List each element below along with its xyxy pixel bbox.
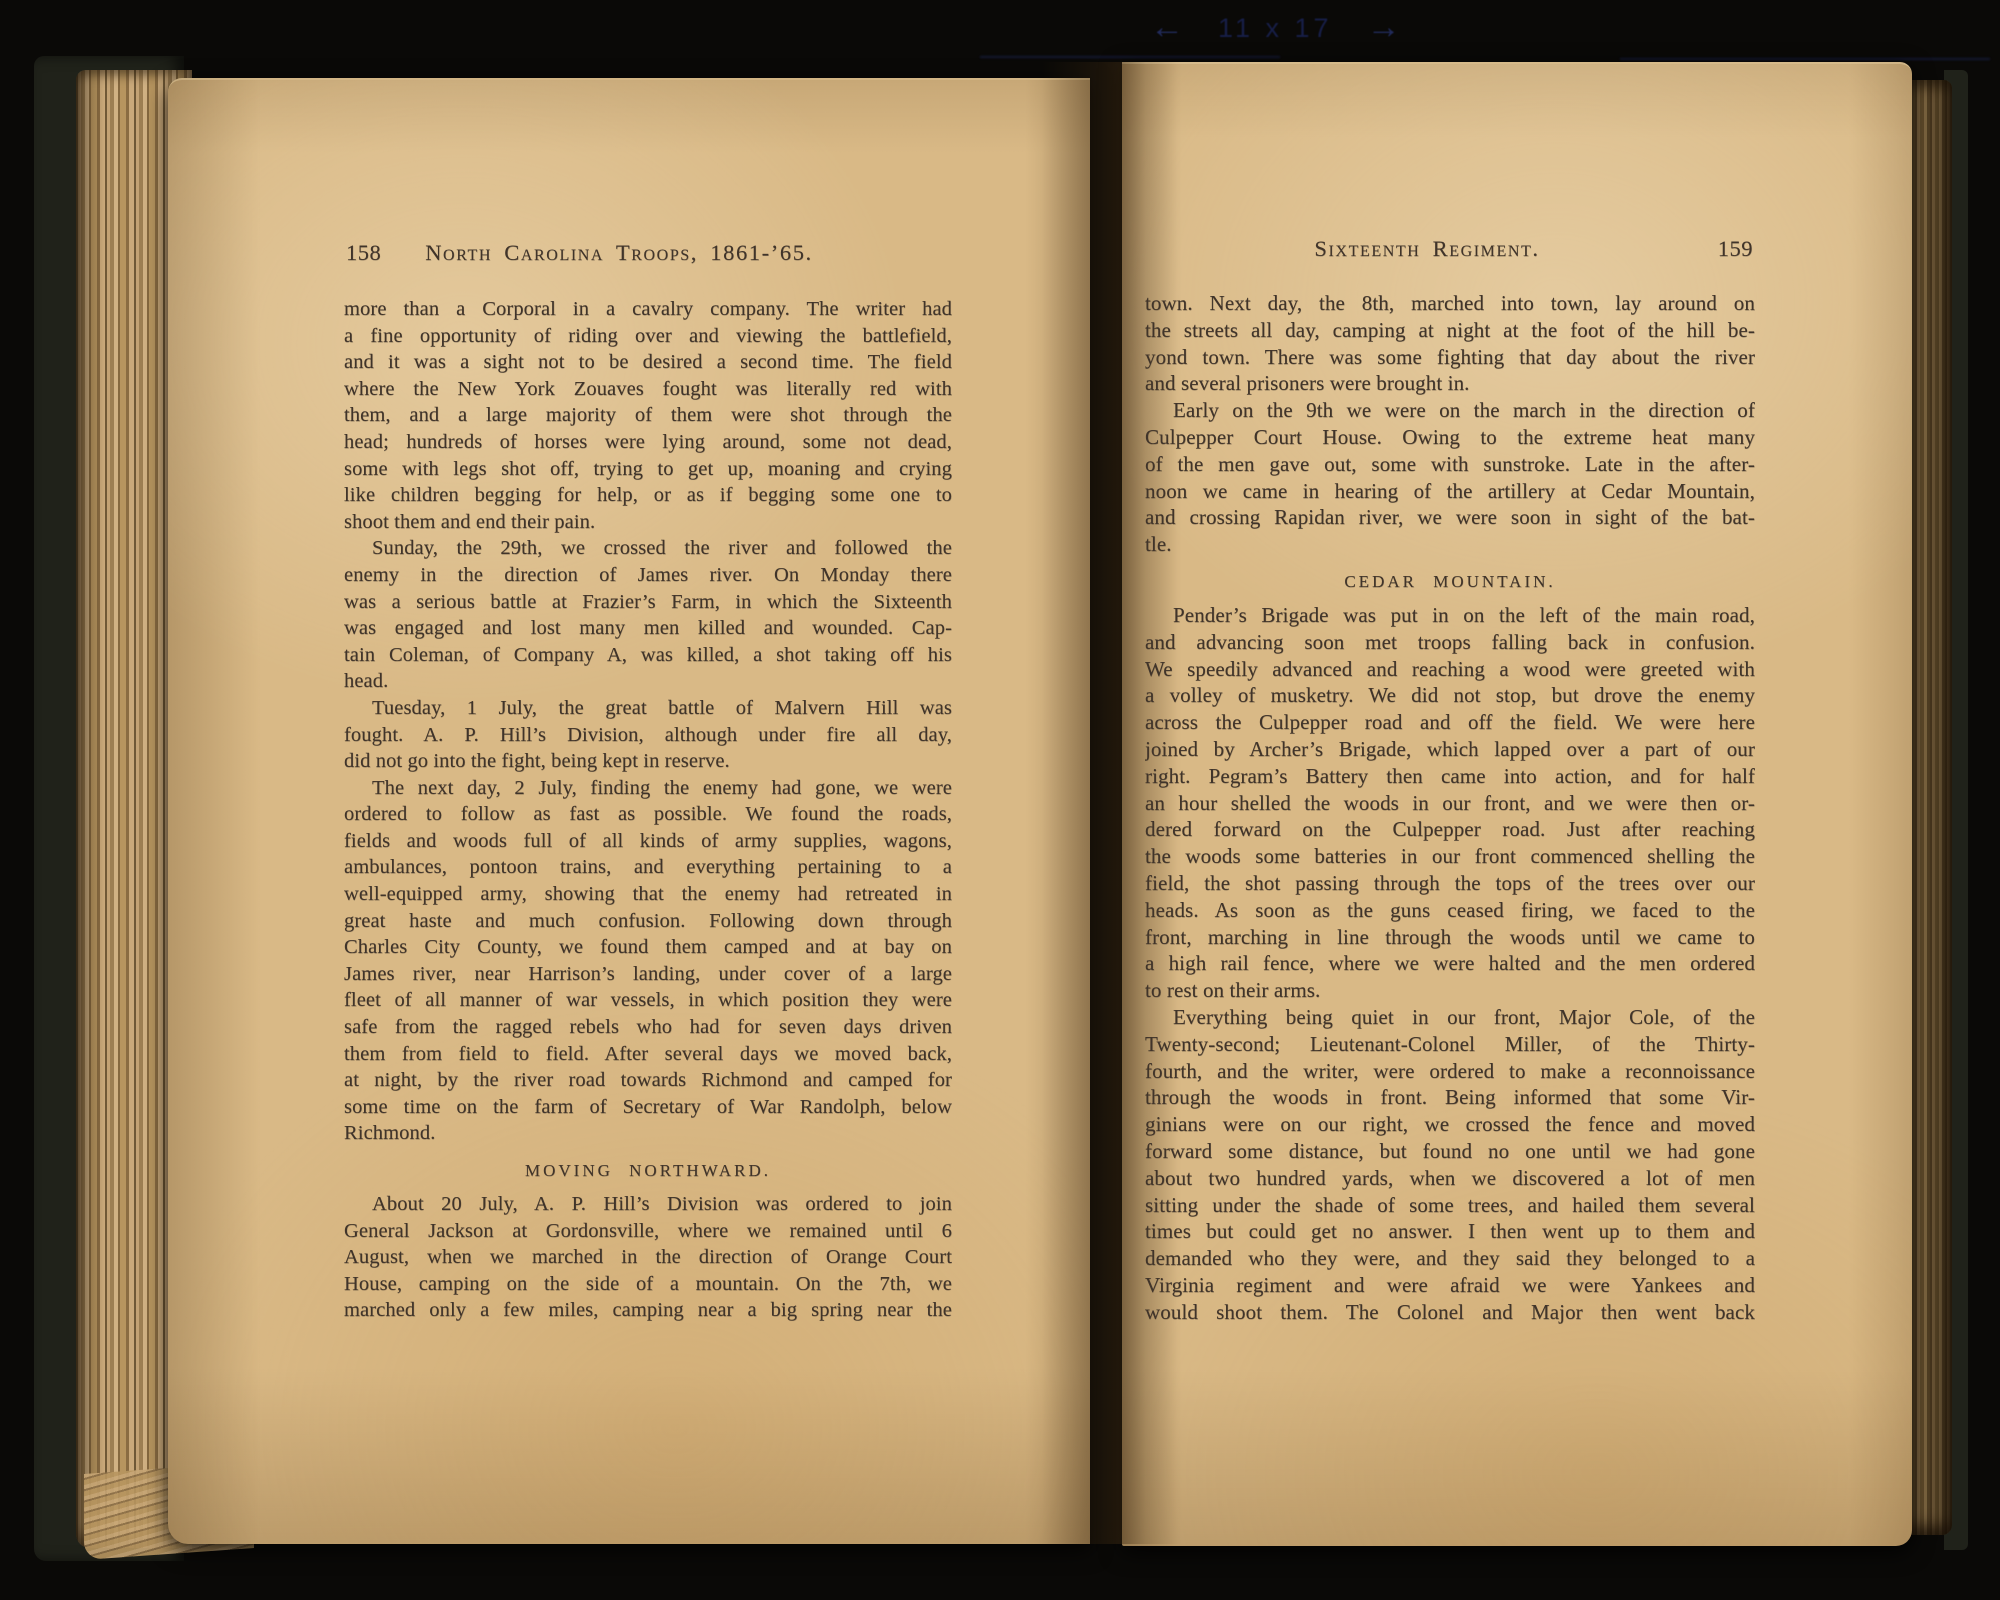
text-line: would shoot them. The Colonel and Major …: [1145, 1299, 1755, 1326]
text-line: tain Coleman, of Company A, was killed, …: [344, 642, 952, 669]
text-line: field, the shot passing through the tops…: [1145, 870, 1755, 897]
paragraph: The next day, 2 July, finding the enemy …: [344, 775, 952, 1147]
text-line: heads. As soon as the guns ceased firing…: [1145, 897, 1755, 924]
text-line: noon we came in hearing of the artillery…: [1145, 478, 1755, 505]
text-line: to rest on their arms.: [1145, 977, 1755, 1004]
paper-size-label: 11 x 17: [1218, 13, 1333, 44]
text-line: them from field to field. After several …: [344, 1041, 952, 1068]
text-line: safe from the ragged rebels who had for …: [344, 1014, 952, 1041]
text-line: more than a Corporal in a cavalry compan…: [344, 296, 952, 323]
prev-page-arrow-icon[interactable]: ←: [1150, 11, 1184, 45]
section-heading: CEDAR MOUNTAIN.: [1145, 569, 1755, 595]
text-line: was a serious battle at Frazier’s Farm, …: [344, 589, 952, 616]
text-line: and advancing soon met troops falling ba…: [1145, 629, 1755, 656]
text-line: marched only a few miles, camping near a…: [344, 1297, 952, 1324]
text-line: of the men gave out, some with sunstroke…: [1145, 451, 1755, 478]
scanned-book-photo: ← 11 x 17 → 158 North Carolina Troops, 1…: [0, 0, 2000, 1600]
text-line: enemy in the direction of James river. O…: [344, 562, 952, 589]
text-line: the woods some batteries in our front co…: [1145, 843, 1755, 870]
text-line: was engaged and lost many men killed and…: [344, 615, 952, 642]
text-line: Charles City County, we found them campe…: [344, 934, 952, 961]
text-line: a high rail fence, where we were halted …: [1145, 950, 1755, 977]
scanner-glare-line: [1620, 58, 1990, 60]
page-number-left: 158: [346, 240, 381, 266]
text-line: about two hundred yards, when we discove…: [1145, 1165, 1755, 1192]
paragraph: Sunday, the 29th, we crossed the river a…: [344, 535, 952, 695]
text-line: and it was a sight not to be desired a s…: [344, 349, 952, 376]
text-line: some time on the farm of Secretary of Wa…: [344, 1094, 952, 1121]
text-line: Twenty-second; Lieutenant-Colonel Miller…: [1145, 1031, 1755, 1058]
text-line: demanded who they were, and they said th…: [1145, 1245, 1755, 1272]
paragraph: more than a Corporal in a cavalry compan…: [344, 296, 952, 535]
text-line: General Jackson at Gordonsville, where w…: [344, 1218, 952, 1245]
text-line: ambulances, pontoon trains, and everythi…: [344, 854, 952, 881]
text-line: fields and woods full of all kinds of ar…: [344, 828, 952, 855]
running-title-left: North Carolina Troops, 1861-’65.: [344, 240, 952, 266]
text-line: Sunday, the 29th, we crossed the river a…: [344, 535, 952, 562]
text-line: well-equipped army, showing that the ene…: [344, 881, 952, 908]
section-heading: MOVING NORTHWARD.: [344, 1158, 952, 1184]
text-line: front, marching in line through the wood…: [1145, 924, 1755, 951]
paragraph: Everything being quiet in our front, Maj…: [1145, 1004, 1755, 1326]
text-line: through the woods in front. Being inform…: [1145, 1084, 1755, 1111]
running-head-left: 158 North Carolina Troops, 1861-’65.: [344, 240, 952, 266]
text-line: tle.: [1145, 531, 1755, 558]
next-page-arrow-icon[interactable]: →: [1367, 11, 1401, 45]
text-line: ginians were on our right, we crossed th…: [1145, 1111, 1755, 1138]
text-line: Pender’s Brigade was put in on the left …: [1145, 602, 1755, 629]
paragraph: Pender’s Brigade was put in on the left …: [1145, 602, 1755, 1004]
scanner-glare-line: [980, 56, 1280, 58]
text-line: a volley of musketry. We did not stop, b…: [1145, 682, 1755, 709]
text-line: across the Culpepper road and off the fi…: [1145, 709, 1755, 736]
text-line: the streets all day, camping at night at…: [1145, 317, 1755, 344]
text-line: an hour shelled the woods in our front, …: [1145, 790, 1755, 817]
text-line: Richmond.: [344, 1120, 952, 1147]
text-line: August, when we marched in the direction…: [344, 1244, 952, 1271]
text-line: a fine opportunity of riding over and vi…: [344, 323, 952, 350]
text-line: like children begging for help, or as if…: [344, 482, 952, 509]
text-line: forward some distance, but found no one …: [1145, 1138, 1755, 1165]
text-line: ordered to follow as fast as possible. W…: [344, 801, 952, 828]
text-line: fought. A. P. Hill’s Division, although …: [344, 722, 952, 749]
text-line: Early on the 9th we were on the march in…: [1145, 397, 1755, 424]
text-line: dered forward on the Culpepper road. Jus…: [1145, 816, 1755, 843]
text-line: and crossing Rapidan river, we were soon…: [1145, 504, 1755, 531]
text-line: James river, near Harrison’s landing, un…: [344, 961, 952, 988]
text-line: Culpepper Court House. Owing to the extr…: [1145, 424, 1755, 451]
text-line: House, camping on the side of a mountain…: [344, 1271, 952, 1298]
text-line: them, and a large majority of them were …: [344, 402, 952, 429]
text-line: Virginia regiment and were afraid we wer…: [1145, 1272, 1755, 1299]
text-line: great haste and much confusion. Followin…: [344, 908, 952, 935]
text-line: Tuesday, 1 July, the great battle of Mal…: [344, 695, 952, 722]
text-line: About 20 July, A. P. Hill’s Division was…: [344, 1191, 952, 1218]
text-line: We speedily advanced and reaching a wood…: [1145, 656, 1755, 683]
text-line: at night, by the river road towards Rich…: [344, 1067, 952, 1094]
paragraph: About 20 July, A. P. Hill’s Division was…: [344, 1191, 952, 1324]
text-line: where the New York Zouaves fought was li…: [344, 376, 952, 403]
text-line: yond town. There was some fighting that …: [1145, 344, 1755, 371]
text-line: The next day, 2 July, finding the enemy …: [344, 775, 952, 802]
text-line: head; hundreds of horses were lying arou…: [344, 429, 952, 456]
text-line: sitting under the shade of some trees, a…: [1145, 1192, 1755, 1219]
text-line: joined by Archer’s Brigade, which lapped…: [1145, 736, 1755, 763]
text-line: fleet of all manner of war vessels, in w…: [344, 987, 952, 1014]
text-line: times but could get no answer. I then we…: [1145, 1218, 1755, 1245]
page-158-body: more than a Corporal in a cavalry compan…: [344, 296, 952, 1324]
text-line: did not go into the fight, being kept in…: [344, 748, 952, 775]
scanner-toolbar: ← 11 x 17 →: [1150, 6, 1750, 50]
text-line: fourth, and the writer, were ordered to …: [1145, 1058, 1755, 1085]
running-title-right: Sixteenth Regiment.: [1145, 236, 1755, 262]
text-line: some with legs shot off, trying to get u…: [344, 456, 952, 483]
paragraph: Tuesday, 1 July, the great battle of Mal…: [344, 695, 952, 775]
text-line: town. Next day, the 8th, marched into to…: [1145, 290, 1755, 317]
page-159-body: town. Next day, the 8th, marched into to…: [1145, 290, 1755, 1325]
text-line: and several prisoners were brought in.: [1145, 370, 1755, 397]
paragraph: Early on the 9th we were on the march in…: [1145, 397, 1755, 558]
text-line: shoot them and end their pain.: [344, 509, 952, 536]
text-line: head.: [344, 668, 952, 695]
text-line: right. Pegram’s Battery then came into a…: [1145, 763, 1755, 790]
paragraph: town. Next day, the 8th, marched into to…: [1145, 290, 1755, 397]
page-number-right: 159: [1718, 236, 1753, 262]
running-head-right: Sixteenth Regiment. 159: [1145, 236, 1755, 262]
text-line: Everything being quiet in our front, Maj…: [1145, 1004, 1755, 1031]
